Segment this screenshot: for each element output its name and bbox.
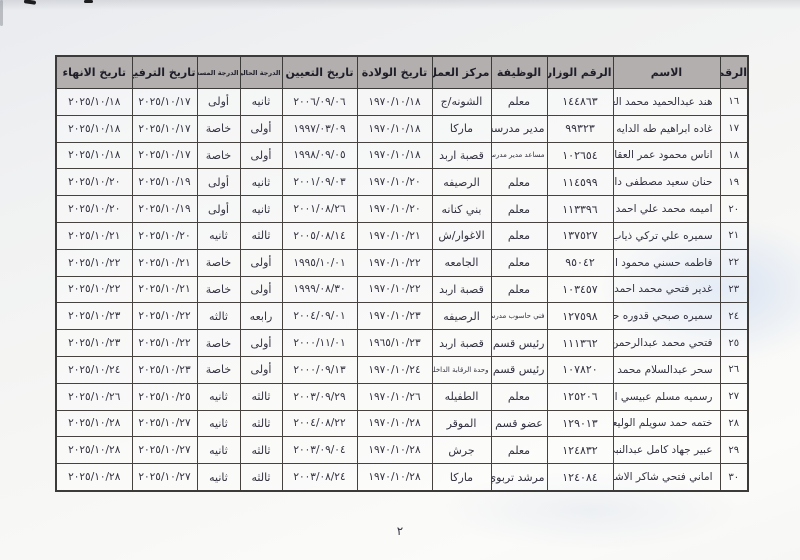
- cell-name: غاده ابراهيم طه الدايه: [613, 115, 720, 142]
- cell-job: معلم: [491, 437, 547, 464]
- cell-no: ١٩: [720, 169, 748, 196]
- cell-appointment_date: ٢٠٠١/٠٩/٠٣: [282, 169, 357, 196]
- table-row: ٣٠اماني فتحي شاكر الاشقر١٢٤٠٨٤مرشد تربوي…: [56, 464, 748, 491]
- table-row: ٢٠اميمه محمد علي احمد عبابنه١١٣٣٩٦معلمبن…: [56, 196, 748, 223]
- cell-birth_date: ١٩٧٠/١٠/٢٦: [357, 383, 432, 410]
- cell-no: ٣٠: [720, 464, 748, 491]
- cell-due_grade: خاصة: [197, 115, 240, 142]
- cell-name: ختمه حمد سويلم الوليعي: [613, 410, 720, 437]
- column-header-birth_date: تاريخ الولادة: [357, 56, 432, 89]
- cell-birth_date: ١٩٧٠/١٠/٢١: [357, 222, 432, 249]
- cell-job: رئيس قسم: [491, 330, 547, 357]
- cell-name: اماني فتحي شاكر الاشقر: [613, 464, 720, 491]
- cell-no: ١٦: [720, 89, 748, 116]
- cell-name: سميره صبحي قدوره حماد: [613, 303, 720, 330]
- cell-no: ٢٩: [720, 437, 748, 464]
- table-row: ٢٦سحر عبدالسلام محمد سليمان١٠٧٨٢٠رئيس قس…: [56, 356, 748, 383]
- cell-no: ٢٦: [720, 356, 748, 383]
- column-header-job: الوظيفة: [491, 56, 547, 89]
- cell-current_grade: أولى: [240, 249, 282, 276]
- cell-ministry_no: ٩٥٠٤٢: [547, 249, 613, 276]
- cell-work_center: الموقر: [432, 410, 491, 437]
- cell-ministry_no: ٩٩٣٢٣: [547, 115, 613, 142]
- cell-current_grade: ثانيه: [240, 196, 282, 223]
- cell-job: عضو قسم: [491, 410, 547, 437]
- scan-artifact: [84, 0, 93, 3]
- cell-ministry_no: ١٣٧٥٢٧: [547, 222, 613, 249]
- cell-due_grade: خاصة: [197, 330, 240, 357]
- cell-current_grade: أولى: [240, 330, 282, 357]
- cell-current_grade: ثانيه: [240, 169, 282, 196]
- cell-current_grade: أولى: [240, 356, 282, 383]
- column-header-no: الرقم: [720, 56, 748, 89]
- cell-end_date: ٢٠٢٥/١٠/٢٠: [56, 169, 132, 196]
- cell-end_date: ٢٠٢٥/١٠/٢١: [56, 222, 132, 249]
- cell-name: سحر عبدالسلام محمد سليمان: [613, 356, 720, 383]
- cell-current_grade: ثالثه: [240, 437, 282, 464]
- cell-ministry_no: ١٢٤٨٣٢: [547, 437, 613, 464]
- cell-no: ٢١: [720, 222, 748, 249]
- cell-due_grade: ثانيه: [197, 410, 240, 437]
- cell-end_date: ٢٠٢٥/١٠/٢٠: [56, 196, 132, 223]
- cell-appointment_date: ٢٠٠٠/٠٩/١٣: [282, 356, 357, 383]
- cell-birth_date: ١٩٧٠/١٠/٢٢: [357, 249, 432, 276]
- cell-ministry_no: ١٠٣٤٥٧: [547, 276, 613, 303]
- cell-birth_date: ١٩٧٠/١٠/٢٤: [357, 356, 432, 383]
- column-header-due_grade: الدرجة المستحقة: [197, 56, 240, 89]
- cell-job: رئيس قسم: [491, 356, 547, 383]
- cell-end_date: ٢٠٢٥/١٠/٢٣: [56, 330, 132, 357]
- cell-promotion_date: ٢٠٢٥/١٠/١٧: [132, 115, 197, 142]
- cell-appointment_date: ١٩٩٧/٠٣/٠٩: [282, 115, 357, 142]
- cell-end_date: ٢٠٢٥/١٠/٢٨: [56, 410, 132, 437]
- table-row: ٢٨ختمه حمد سويلم الوليعي١٢٩٠١٣عضو قسمالم…: [56, 410, 748, 437]
- cell-appointment_date: ٢٠٠٤/٠٨/٢٢: [282, 410, 357, 437]
- cell-work_center: وحدة الرقابة الداخلية: [432, 356, 491, 383]
- table-row: ١٩حنان سعيد مصطفى داود١١٤٥٩٩معلمالرصيفه١…: [56, 169, 748, 196]
- cell-name: فاطمه حسني محمود العموري: [613, 249, 720, 276]
- cell-ministry_no: ١٢٧٥٩٨: [547, 303, 613, 330]
- cell-current_grade: أولى: [240, 142, 282, 169]
- cell-no: ٢٣: [720, 276, 748, 303]
- cell-current_grade: ثالثه: [240, 222, 282, 249]
- cell-promotion_date: ٢٠٢٥/١٠/١٧: [132, 142, 197, 169]
- scanned-page: الرقمالاسمالرقم الوزاريالوظيفةمركز العمل…: [0, 0, 800, 560]
- cell-work_center: قصبة اربد: [432, 330, 491, 357]
- cell-due_grade: ثالثه: [197, 303, 240, 330]
- cell-name: فتحي محمد عبدالرحمن جرادات: [613, 330, 720, 357]
- cell-ministry_no: ١١٣٣٩٦: [547, 196, 613, 223]
- cell-work_center: الرصيفه: [432, 169, 491, 196]
- cell-appointment_date: ٢٠٠٤/٠٩/٠١: [282, 303, 357, 330]
- cell-ministry_no: ١١٤٥٩٩: [547, 169, 613, 196]
- cell-name: حنان سعيد مصطفى داود: [613, 169, 720, 196]
- cell-birth_date: ١٩٧٠/١٠/٢٣: [357, 303, 432, 330]
- cell-work_center: ماركا: [432, 464, 491, 491]
- cell-promotion_date: ٢٠٢٥/١٠/٢٧: [132, 464, 197, 491]
- cell-due_grade: ثانيه: [197, 383, 240, 410]
- table-row: ٢٢فاطمه حسني محمود العموري٩٥٠٤٢معلمالجام…: [56, 249, 748, 276]
- cell-appointment_date: ١٩٩٨/٠٩/٠٥: [282, 142, 357, 169]
- cell-job: معلم: [491, 196, 547, 223]
- table-row: ٢٣غدير فتحي محمد احمد١٠٣٤٥٧معلمقصبة اربد…: [56, 276, 748, 303]
- table-row: ١٦هند عبدالحميد محمد العدوان١٤٤٨٦٣معلمال…: [56, 89, 748, 116]
- cell-due_grade: أولى: [197, 169, 240, 196]
- cell-ministry_no: ١٠٢٦٥٤: [547, 142, 613, 169]
- cell-current_grade: أولى: [240, 115, 282, 142]
- cell-current_grade: ثالثه: [240, 464, 282, 491]
- cell-birth_date: ١٩٧٠/١٠/١٨: [357, 89, 432, 116]
- cell-birth_date: ١٩٧٠/١٠/٢٢: [357, 276, 432, 303]
- cell-job: مساعد مدير مدرسه: [491, 142, 547, 169]
- cell-end_date: ٢٠٢٥/١٠/٢٨: [56, 437, 132, 464]
- cell-work_center: الاغوار/ش: [432, 222, 491, 249]
- cell-end_date: ٢٠٢٥/١٠/١٨: [56, 115, 132, 142]
- cell-promotion_date: ٢٠٢٥/١٠/١٩: [132, 169, 197, 196]
- cell-end_date: ٢٠٢٥/١٠/١٨: [56, 89, 132, 116]
- table-row: ٢٧رسميه مسلم عبيسي البوايزه١٢٥٢٠٦معلمالط…: [56, 383, 748, 410]
- cell-no: ٢٤: [720, 303, 748, 330]
- cell-name: رسميه مسلم عبيسي البوايزه: [613, 383, 720, 410]
- cell-appointment_date: ٢٠٠٣/٠٩/٠٤: [282, 437, 357, 464]
- column-header-name: الاسم: [613, 56, 720, 89]
- cell-work_center: الطفيله: [432, 383, 491, 410]
- cell-appointment_date: ١٩٩٥/١٠/٠١: [282, 249, 357, 276]
- cell-promotion_date: ٢٠٢٥/١٠/٢٧: [132, 437, 197, 464]
- cell-end_date: ٢٠٢٥/١٠/٢٣: [56, 303, 132, 330]
- cell-work_center: الجامعه: [432, 249, 491, 276]
- cell-promotion_date: ٢٠٢٥/١٠/٢٠: [132, 222, 197, 249]
- cell-birth_date: ١٩٧٠/١٠/١٨: [357, 142, 432, 169]
- cell-promotion_date: ٢٠٢٥/١٠/١٩: [132, 196, 197, 223]
- page-number: ٢: [0, 524, 800, 538]
- cell-appointment_date: ٢٠٠٣/٠٩/٢٩: [282, 383, 357, 410]
- cell-promotion_date: ٢٠٢٥/١٠/٢٣: [132, 356, 197, 383]
- cell-due_grade: أولى: [197, 196, 240, 223]
- cell-ministry_no: ١٢٥٢٠٦: [547, 383, 613, 410]
- cell-name: عبير جهاد كامل عبدالنبي: [613, 437, 720, 464]
- cell-name: غدير فتحي محمد احمد: [613, 276, 720, 303]
- cell-ministry_no: ١١١٣٦٢: [547, 330, 613, 357]
- cell-end_date: ٢٠٢٥/١٠/٢٨: [56, 464, 132, 491]
- column-header-ministry_no: الرقم الوزاري: [547, 56, 613, 89]
- cell-end_date: ٢٠٢٥/١٠/٢٤: [56, 356, 132, 383]
- cell-ministry_no: ١٢٩٠١٣: [547, 410, 613, 437]
- scan-artifact: [0, 0, 3, 26]
- cell-end_date: ٢٠٢٥/١٠/٢٢: [56, 249, 132, 276]
- cell-no: ٢٠: [720, 196, 748, 223]
- cell-work_center: الرصيفه: [432, 303, 491, 330]
- cell-job: معلم: [491, 383, 547, 410]
- column-header-end_date: تاريخ الانهاء: [56, 56, 132, 89]
- table-row: ١٨اناس محمود عمر العقاد١٠٢٦٥٤مساعد مدير …: [56, 142, 748, 169]
- cell-no: ٢٨: [720, 410, 748, 437]
- cell-due_grade: خاصة: [197, 249, 240, 276]
- cell-promotion_date: ٢٠٢٥/١٠/٢١: [132, 276, 197, 303]
- cell-promotion_date: ٢٠٢٥/١٠/٢٧: [132, 410, 197, 437]
- table-row: ٢٤سميره صبحي قدوره حماد١٢٧٥٩٨فني حاسوب م…: [56, 303, 748, 330]
- cell-promotion_date: ٢٠٢٥/١٠/٢٢: [132, 330, 197, 357]
- cell-job: مدير مدرسه: [491, 115, 547, 142]
- cell-birth_date: ١٩٧٠/١٠/٢٨: [357, 437, 432, 464]
- cell-birth_date: ١٩٧٠/١٠/٢٨: [357, 464, 432, 491]
- cell-work_center: الشونه/ج: [432, 89, 491, 116]
- cell-job: معلم: [491, 276, 547, 303]
- cell-job: فني حاسوب مدرسة: [491, 303, 547, 330]
- cell-appointment_date: ٢٠٠٥/٠٨/١٤: [282, 222, 357, 249]
- cell-appointment_date: ٢٠٠٣/٠٨/٢٤: [282, 464, 357, 491]
- cell-job: مرشد تربوي: [491, 464, 547, 491]
- cell-work_center: ماركا: [432, 115, 491, 142]
- cell-birth_date: ١٩٧٠/١٠/٢٠: [357, 196, 432, 223]
- cell-due_grade: خاصة: [197, 356, 240, 383]
- cell-end_date: ٢٠٢٥/١٠/٢٦: [56, 383, 132, 410]
- cell-due_grade: خاصة: [197, 142, 240, 169]
- cell-appointment_date: ١٩٩٩/٠٨/٣٠: [282, 276, 357, 303]
- scan-artifact: [24, 0, 36, 5]
- cell-current_grade: أولى: [240, 276, 282, 303]
- cell-promotion_date: ٢٠٢٥/١٠/٢١: [132, 249, 197, 276]
- column-header-current_grade: الدرجة الحالية: [240, 56, 282, 89]
- cell-promotion_date: ٢٠٢٥/١٠/٢٥: [132, 383, 197, 410]
- cell-work_center: قصبة اربد: [432, 142, 491, 169]
- cell-promotion_date: ٢٠٢٥/١٠/٢٢: [132, 303, 197, 330]
- cell-current_grade: ثالثه: [240, 410, 282, 437]
- table-row: ٢١سميره علي تركي ذياب١٣٧٥٢٧معلمالاغوار/ش…: [56, 222, 748, 249]
- cell-name: سميره علي تركي ذياب: [613, 222, 720, 249]
- cell-job: معلم: [491, 169, 547, 196]
- cell-job: معلم: [491, 249, 547, 276]
- cell-job: معلم: [491, 89, 547, 116]
- cell-no: ١٨: [720, 142, 748, 169]
- cell-due_grade: أولى: [197, 89, 240, 116]
- table-row: ١٧غاده ابراهيم طه الدايه٩٩٣٢٣مدير مدرسهم…: [56, 115, 748, 142]
- promotion-table: الرقمالاسمالرقم الوزاريالوظيفةمركز العمل…: [55, 55, 749, 492]
- cell-work_center: بني كنانه: [432, 196, 491, 223]
- cell-name: اناس محمود عمر العقاد: [613, 142, 720, 169]
- cell-promotion_date: ٢٠٢٥/١٠/١٧: [132, 89, 197, 116]
- cell-birth_date: ١٩٧٠/١٠/٢٠: [357, 169, 432, 196]
- cell-due_grade: ثانيه: [197, 464, 240, 491]
- cell-current_grade: ثالثه: [240, 383, 282, 410]
- cell-appointment_date: ٢٠٠١/٠٨/٢٦: [282, 196, 357, 223]
- cell-due_grade: خاصة: [197, 276, 240, 303]
- cell-due_grade: ثانيه: [197, 437, 240, 464]
- cell-birth_date: ١٩٧٠/١٠/٢٨: [357, 410, 432, 437]
- column-header-work_center: مركز العمل: [432, 56, 491, 89]
- cell-current_grade: رابعه: [240, 303, 282, 330]
- cell-no: ١٧: [720, 115, 748, 142]
- cell-name: هند عبدالحميد محمد العدوان: [613, 89, 720, 116]
- cell-name: اميمه محمد علي احمد عبابنه: [613, 196, 720, 223]
- cell-ministry_no: ١٠٧٨٢٠: [547, 356, 613, 383]
- table-row: ٢٥فتحي محمد عبدالرحمن جرادات١١١٣٦٢رئيس ق…: [56, 330, 748, 357]
- cell-job: معلم: [491, 222, 547, 249]
- cell-end_date: ٢٠٢٥/١٠/٢٢: [56, 276, 132, 303]
- table-row: ٢٩عبير جهاد كامل عبدالنبي١٢٤٨٣٢معلمجرش١٩…: [56, 437, 748, 464]
- cell-no: ٢٥: [720, 330, 748, 357]
- cell-ministry_no: ١٢٤٠٨٤: [547, 464, 613, 491]
- table-body: ١٦هند عبدالحميد محمد العدوان١٤٤٨٦٣معلمال…: [56, 89, 748, 491]
- cell-birth_date: ١٩٦٥/١٠/٢٣: [357, 330, 432, 357]
- column-header-appointment_date: تاريخ التعيين: [282, 56, 357, 89]
- cell-work_center: قصبة اربد: [432, 276, 491, 303]
- cell-end_date: ٢٠٢٥/١٠/١٨: [56, 142, 132, 169]
- cell-no: ٢٧: [720, 383, 748, 410]
- cell-birth_date: ١٩٧٠/١٠/١٨: [357, 115, 432, 142]
- cell-work_center: جرش: [432, 437, 491, 464]
- column-header-promotion_date: تاريخ الترفيع: [132, 56, 197, 89]
- cell-current_grade: ثانيه: [240, 89, 282, 116]
- cell-no: ٢٢: [720, 249, 748, 276]
- cell-due_grade: ثانيه: [197, 222, 240, 249]
- header-row: الرقمالاسمالرقم الوزاريالوظيفةمركز العمل…: [56, 56, 748, 89]
- cell-appointment_date: ٢٠٠٠/١١/٠١: [282, 330, 357, 357]
- cell-appointment_date: ٢٠٠٦/٠٩/٠٦: [282, 89, 357, 116]
- cell-ministry_no: ١٤٤٨٦٣: [547, 89, 613, 116]
